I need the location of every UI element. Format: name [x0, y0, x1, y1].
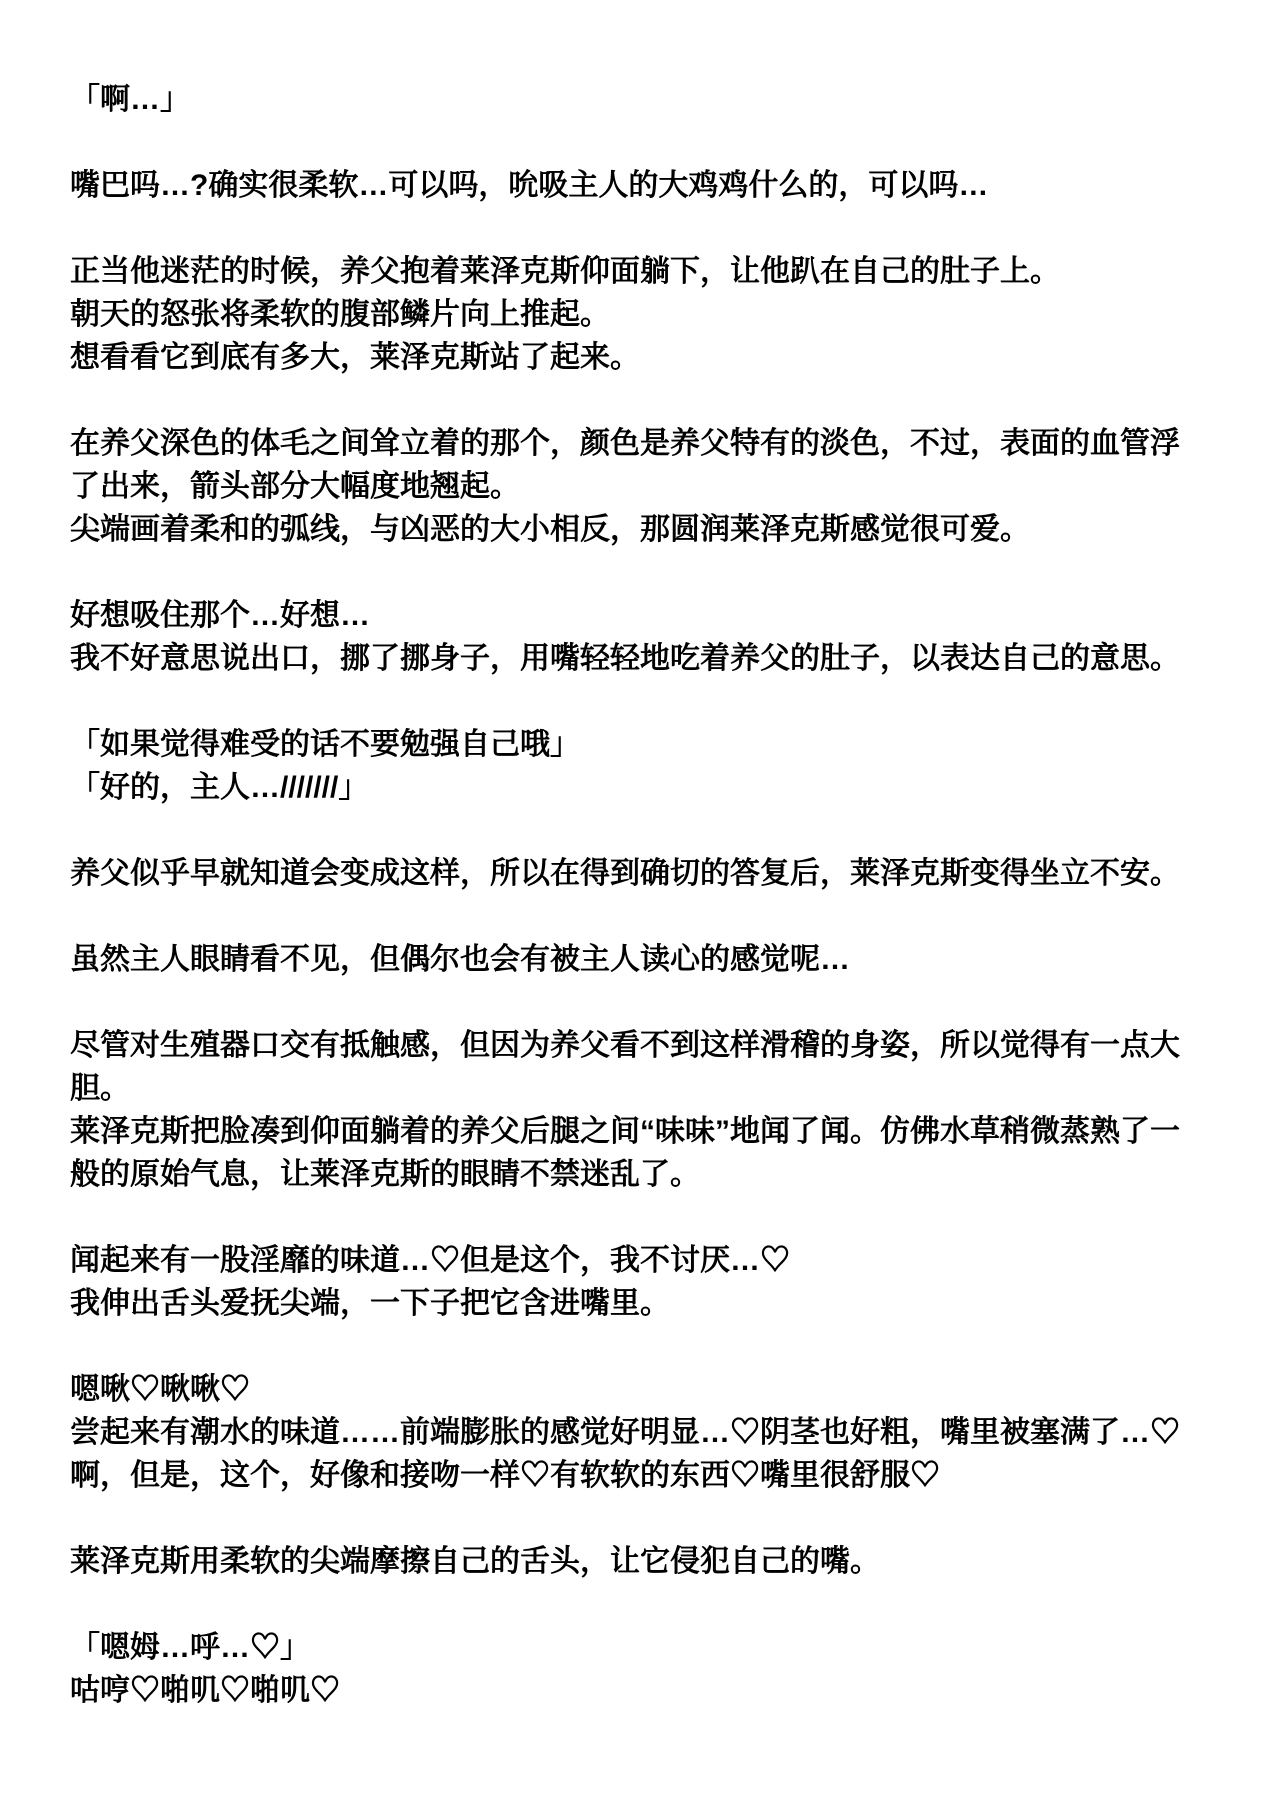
paragraph: 「啊…」 — [70, 78, 1198, 121]
text-line: 咕哼♡啪叽♡啪叽♡ — [70, 1669, 1198, 1712]
text-line: 尖端画着柔和的弧线，与凶恶的大小相反，那圆润莱泽克斯感觉很可爱。 — [70, 508, 1198, 551]
text-line: 想看看它到底有多大，莱泽克斯站了起来。 — [70, 336, 1198, 379]
text-line: 我不好意思说出口，挪了挪身子，用嘴轻轻地吃着养父的肚子，以表达自己的意思。 — [70, 637, 1198, 680]
paragraph: 尽管对生殖器口交有抵触感，但因为养父看不到这样滑稽的身姿，所以觉得有一点大胆。莱… — [70, 1024, 1198, 1196]
paragraph: 好想吸住那个…好想…我不好意思说出口，挪了挪身子，用嘴轻轻地吃着养父的肚子，以表… — [70, 594, 1198, 680]
paragraph: 嘴巴吗…?确实很柔软…可以吗，吮吸主人的大鸡鸡什么的，可以吗… — [70, 164, 1198, 207]
document-page: { "page": { "background": "#ffffff", "te… — [0, 0, 1280, 1810]
paragraph: 「嗯姆…呼…♡」咕哼♡啪叽♡啪叽♡ — [70, 1626, 1198, 1712]
text-line: 朝天的怒张将柔软的腹部鳞片向上推起。 — [70, 293, 1198, 336]
paragraph: 虽然主人眼睛看不见，但偶尔也会有被主人读心的感觉呢… — [70, 938, 1198, 981]
paragraph: 正当他迷茫的时候，养父抱着莱泽克斯仰面躺下，让他趴在自己的肚子上。朝天的怒张将柔… — [70, 250, 1198, 379]
text-line: 我伸出舌头爱抚尖端，一下子把它含进嘴里。 — [70, 1282, 1198, 1325]
text-line: 「好的，主人…///////」 — [70, 766, 1198, 809]
paragraphs: 「啊…」嘴巴吗…?确实很柔软…可以吗，吮吸主人的大鸡鸡什么的，可以吗…正当他迷茫… — [70, 78, 1198, 1712]
text-line: 正当他迷茫的时候，养父抱着莱泽克斯仰面躺下，让他趴在自己的肚子上。 — [70, 250, 1198, 293]
page: 「啊…」嘴巴吗…?确实很柔软…可以吗，吮吸主人的大鸡鸡什么的，可以吗…正当他迷茫… — [0, 0, 1280, 1810]
paragraph: 闻起来有一股淫靡的味道…♡但是这个，我不讨厌…♡我伸出舌头爱抚尖端，一下子把它含… — [70, 1239, 1198, 1325]
paragraph: 「如果觉得难受的话不要勉强自己哦」「好的，主人…///////」 — [70, 723, 1198, 809]
text-line: 啊，但是，这个，好像和接吻一样♡有软软的东西♡嘴里很舒服♡ — [70, 1454, 1198, 1497]
text-line: 养父似乎早就知道会变成这样，所以在得到确切的答复后，莱泽克斯变得坐立不安。 — [70, 852, 1198, 895]
text-line: 「如果觉得难受的话不要勉强自己哦」 — [70, 723, 1198, 766]
text-line: 「嗯姆…呼…♡」 — [70, 1626, 1198, 1669]
text-line: 嗯啾♡啾啾♡ — [70, 1368, 1198, 1411]
text-line: 「啊…」 — [70, 78, 1198, 121]
text-line: 莱泽克斯用柔软的尖端摩擦自己的舌头，让它侵犯自己的嘴。 — [70, 1540, 1198, 1583]
paragraph: 在养父深色的体毛之间耸立着的那个，颜色是养父特有的淡色，不过，表面的血管浮了出来… — [70, 422, 1198, 551]
text-line: 虽然主人眼睛看不见，但偶尔也会有被主人读心的感觉呢… — [70, 938, 1198, 981]
paragraph: 莱泽克斯用柔软的尖端摩擦自己的舌头，让它侵犯自己的嘴。 — [70, 1540, 1198, 1583]
text-line: 尽管对生殖器口交有抵触感，但因为养父看不到这样滑稽的身姿，所以觉得有一点大胆。 — [70, 1024, 1198, 1110]
text-line: 尝起来有潮水的味道……前端膨胀的感觉好明显…♡阴茎也好粗，嘴里被塞满了…♡ — [70, 1411, 1198, 1454]
paragraph: 养父似乎早就知道会变成这样，所以在得到确切的答复后，莱泽克斯变得坐立不安。 — [70, 852, 1198, 895]
text-line: 闻起来有一股淫靡的味道…♡但是这个，我不讨厌…♡ — [70, 1239, 1198, 1282]
text-line: 在养父深色的体毛之间耸立着的那个，颜色是养父特有的淡色，不过，表面的血管浮了出来… — [70, 422, 1198, 508]
paragraph: 嗯啾♡啾啾♡尝起来有潮水的味道……前端膨胀的感觉好明显…♡阴茎也好粗，嘴里被塞满… — [70, 1368, 1198, 1497]
text-line: 莱泽克斯把脸凑到仰面躺着的养父后腿之间“味味”地闻了闻。仿佛水草稍微蒸熟了一般的… — [70, 1110, 1198, 1196]
text-line: 好想吸住那个…好想… — [70, 594, 1198, 637]
text-line: 嘴巴吗…?确实很柔软…可以吗，吮吸主人的大鸡鸡什么的，可以吗… — [70, 164, 1198, 207]
